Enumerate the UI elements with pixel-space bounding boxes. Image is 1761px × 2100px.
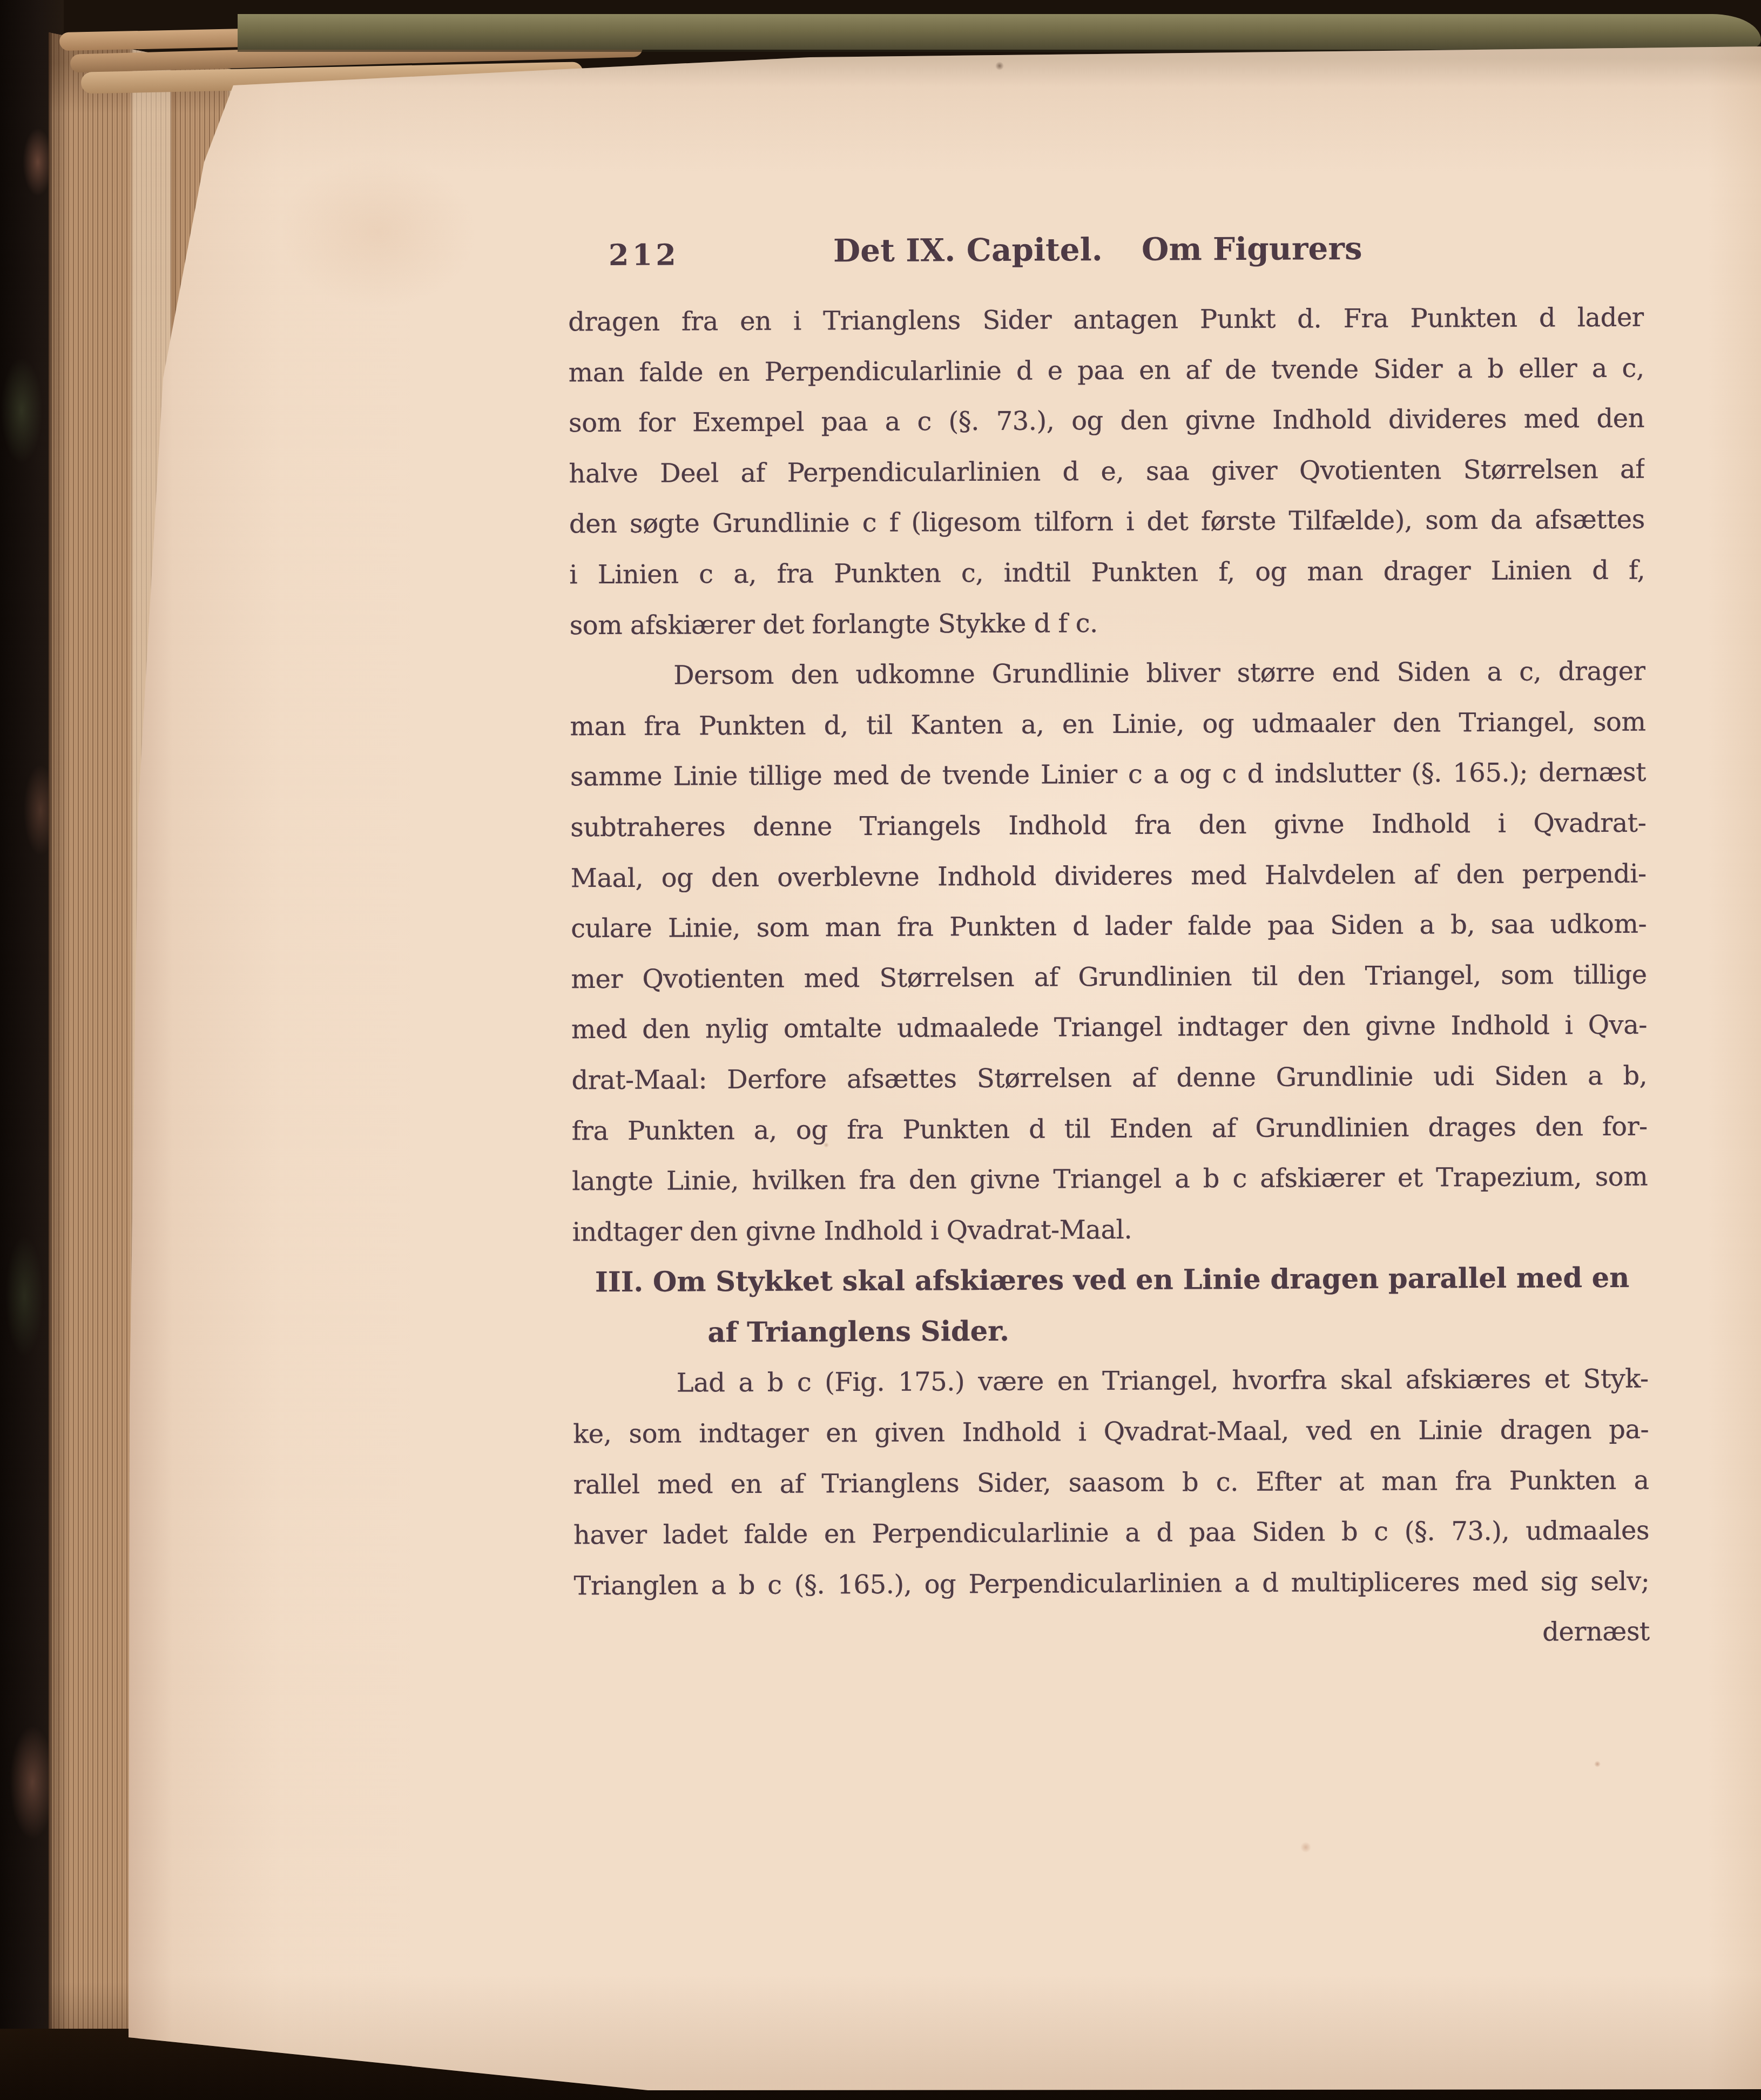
text-line: Dersom den udkomne Grundlinie bliver stø… [570, 647, 1645, 702]
text-line: subtraheres denne Triangels Indhold fra … [570, 798, 1646, 853]
text-line: drat-Maal: Derfore afsættes Størrelsen a… [571, 1051, 1647, 1106]
text-line: Maal, og den overblevne Indhold dividere… [571, 849, 1647, 904]
section-title: Om Figurers [1142, 230, 1362, 268]
text-line: indtager den givne Indhold i Qvadrat-Maa… [572, 1202, 1648, 1257]
text-line: med den nylig omtalte udmaalede Triangel… [571, 1000, 1647, 1055]
text-line: som afskiærer det forlangte Stykke d f c… [569, 596, 1645, 651]
running-header: Det IX. Capitel.Om Figurers [833, 230, 1362, 269]
text-line: halve Deel af Perpendicularlinien d e, s… [569, 444, 1644, 499]
text-line: den søgte Grundlinie c f (ligesom tilfor… [569, 495, 1645, 550]
text-line: haver ladet falde en Perpendicularlinie … [573, 1506, 1649, 1561]
section-heading-line: III. Om Stykket skal afskiæres ved en Li… [572, 1253, 1648, 1308]
text-line: dragen fra en i Trianglens Sider antagen… [568, 293, 1644, 348]
text-line: fra Punkten a, og fra Punkten d til Ende… [572, 1101, 1648, 1156]
text-line: langte Linie, hvilken fra den givne Tria… [572, 1152, 1648, 1207]
text-line: Trianglen a b c (§. 165.), og Perpendicu… [573, 1556, 1649, 1611]
page-body: dragen fra en i Trianglens Sider antagen… [568, 293, 1650, 1662]
text-line: samme Linie tillige med de tvende Linier… [570, 748, 1646, 803]
text-line: man fra Punkten d, til Kanten a, en Lini… [570, 697, 1645, 752]
text-line: Lad a b c (Fig. 175.) være en Triangel, … [573, 1354, 1649, 1409]
chapter-title: Det IX. Capitel. [833, 231, 1103, 269]
page-header: 212 Det IX. Capitel.Om Figurers [570, 229, 1644, 280]
text-line: man falde en Perpendicularlinie d e paa … [568, 343, 1644, 398]
page-number: 212 [609, 237, 679, 272]
section-heading-line: af Trianglens Sider. [572, 1304, 1648, 1359]
book-scan: 212 Det IX. Capitel.Om Figurers dragen f… [0, 0, 1761, 2100]
text-line: rallel med en af Trianglens Sider, saaso… [573, 1455, 1649, 1510]
text-line: i Linien c a, fra Punkten c, indtil Punk… [569, 546, 1645, 601]
catchword: dernæst [574, 1607, 1650, 1662]
text-line: culare Linie, som man fra Punkten d lade… [571, 899, 1647, 954]
text-line: ke, som indtager en given Indhold i Qvad… [573, 1405, 1649, 1460]
page-content: 212 Det IX. Capitel.Om Figurers dragen f… [0, 0, 1761, 2100]
text-line: som for Exempel paa a c (§. 73.), og den… [569, 394, 1644, 449]
text-line: mer Qvotienten med Størrelsen af Grundli… [571, 950, 1647, 1005]
